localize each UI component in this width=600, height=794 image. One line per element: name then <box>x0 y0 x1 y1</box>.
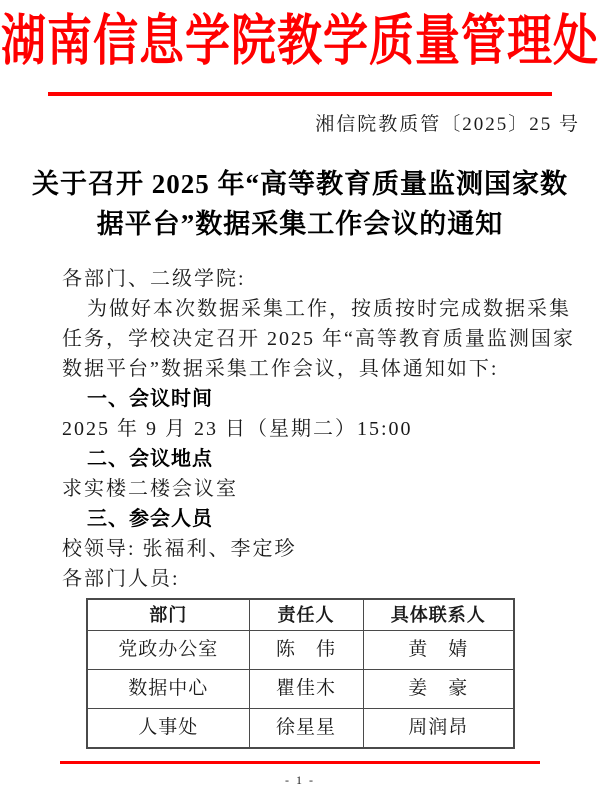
document-title: 关于召开 2025 年“高等教育质量监测国家数 据平台”数据采集工作会议的通知 <box>30 164 570 244</box>
table-header-row: 部门 责任人 具体联系人 <box>87 599 514 631</box>
column-header-responsible: 责任人 <box>249 599 363 631</box>
table-row: 数据中心 瞿佳木 姜 豪 <box>87 670 514 709</box>
cell-contact: 姜 豪 <box>363 670 514 709</box>
section-2-heading: 二、会议地点 <box>62 444 582 474</box>
document-body: 各部门、二级学院: 为做好本次数据采集工作，按质按时完成数据采集任务，学校决定召… <box>62 264 582 749</box>
cell-contact: 周润昂 <box>363 709 514 748</box>
intro-paragraph: 为做好本次数据采集工作，按质按时完成数据采集任务，学校决定召开 2025 年“高… <box>62 294 582 384</box>
meeting-place-text: 求实楼二楼会议室 <box>62 474 582 504</box>
meeting-time-text: 2025 年 9 月 23 日（星期二）15:00 <box>62 414 582 444</box>
school-leaders-line: 校领导: 张福利、李定珍 <box>62 534 582 564</box>
document-number: 湘信院教质管〔2025〕25 号 <box>62 112 580 138</box>
cell-responsible: 瞿佳木 <box>249 670 363 709</box>
table-row: 人事处 徐星星 周润昂 <box>87 709 514 748</box>
page-number: - 1 - <box>0 773 600 788</box>
departments-staff-line: 各部门人员: <box>62 564 582 594</box>
document-title-line-2: 据平台”数据采集工作会议的通知 <box>30 204 570 244</box>
organization-title: 湖南信息学院教学质量管理处 <box>0 6 600 96</box>
section-1-heading: 一、会议时间 <box>62 384 582 414</box>
cell-responsible: 徐星星 <box>249 709 363 748</box>
cell-department: 党政办公室 <box>87 631 249 670</box>
cell-department: 数据中心 <box>87 670 249 709</box>
footer-divider-rule <box>60 761 540 764</box>
salutation: 各部门、二级学院: <box>62 264 582 294</box>
section-3-heading: 三、参会人员 <box>62 504 582 534</box>
cell-contact: 黄 婧 <box>363 631 514 670</box>
table-row: 党政办公室 陈 伟 黄 婧 <box>87 631 514 670</box>
cell-department: 人事处 <box>87 709 249 748</box>
document-page: 湖南信息学院教学质量管理处 湘信院教质管〔2025〕25 号 关于召开 2025… <box>0 0 600 794</box>
column-header-contact: 具体联系人 <box>363 599 514 631</box>
page-footer: - 1 - <box>0 761 600 788</box>
cell-responsible: 陈 伟 <box>249 631 363 670</box>
column-header-department: 部门 <box>87 599 249 631</box>
contacts-table: 部门 责任人 具体联系人 党政办公室 陈 伟 黄 婧 数据中心 瞿佳木 姜 豪 … <box>86 598 515 749</box>
document-title-line-1: 关于召开 2025 年“高等教育质量监测国家数 <box>30 164 570 204</box>
